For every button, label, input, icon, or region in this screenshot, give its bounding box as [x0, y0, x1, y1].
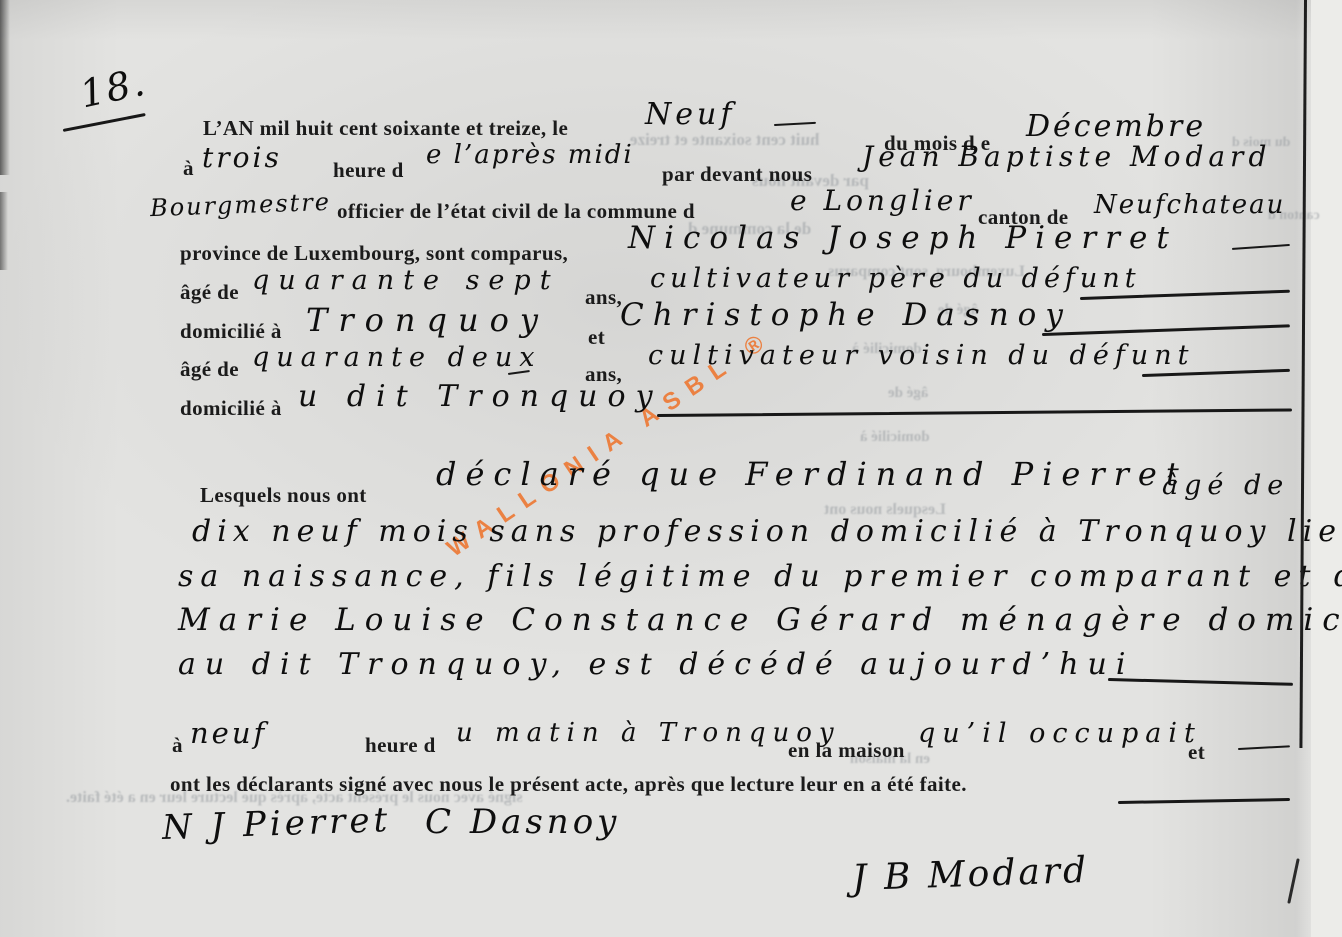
filler-stroke — [1042, 324, 1290, 336]
entry-declaration-line3: sa naissance, fils légitime du premier c… — [178, 559, 1342, 594]
signature-witness2: C Dasnoy — [425, 802, 620, 842]
entry-declaration-line4: Marie Louise Constance Gérard ménagère d… — [178, 602, 1342, 638]
entry-witness2-domicile: u dit Tronquoy — [298, 379, 663, 414]
filler-stroke — [1232, 244, 1290, 250]
page-edge-margin — [1311, 0, 1342, 937]
printed-at-label-2: à — [172, 733, 183, 758]
act-number: 18. — [76, 60, 150, 117]
printed-aged-label-2: âgé de — [180, 357, 239, 382]
printed-hour-label-2: heure d — [365, 733, 436, 758]
left-edge-smudge — [0, 192, 8, 270]
printed-domiciled-label-2: domicilié à — [180, 396, 282, 421]
filler-stroke — [1118, 798, 1290, 804]
entry-death-time-place: u matin à Tronquoy — [456, 718, 841, 748]
entry-witness2-name: Christophe Dasnoy — [620, 297, 1072, 333]
entry-day: Neuf — [645, 97, 735, 132]
filler-stroke — [774, 122, 816, 126]
filler-stroke — [1238, 745, 1290, 750]
entry-witness1-domicile: Tronquoy — [306, 301, 549, 339]
entry-hour: trois — [202, 141, 282, 174]
act-number-underline — [63, 113, 146, 132]
entry-witness1-age: quarante sept — [252, 265, 560, 296]
bleedthrough-text: domicilié à — [860, 429, 930, 446]
bleedthrough-text: âgé de — [888, 385, 928, 402]
bleedthrough-text: huit cent soixante et treize — [630, 130, 819, 150]
printed-hour-label: heure d — [333, 158, 404, 183]
signature-officer: J B Modard — [851, 850, 1089, 899]
printed-years-label-1: ans, — [585, 285, 622, 310]
printed-at-label: à — [183, 156, 194, 181]
entry-declaration-line1: déclaré que Ferdinand Pierret — [436, 455, 1188, 493]
death-record-scan: huit cent soixante et treize par devant … — [0, 0, 1342, 937]
printed-province-line: province de Luxembourg, sont comparus, — [180, 241, 568, 266]
page-edge-mark — [1287, 858, 1299, 904]
entry-witness1-occupation: cultivateur père du défunt — [650, 263, 1141, 294]
filler-rule — [657, 408, 1292, 417]
entry-declaration-line1b: âgé de — [1162, 470, 1289, 501]
entry-officer-title: Bourgmestre — [150, 188, 332, 222]
entry-hour-suffix: e l’après midi — [426, 140, 634, 170]
printed-domiciled-label-1: domicilié à — [180, 319, 282, 344]
printed-aged-label-1: âgé de — [180, 280, 239, 305]
left-edge-smudge — [0, 0, 10, 175]
filler-stroke — [1108, 678, 1293, 686]
entry-canton: Neufchateau — [1094, 190, 1285, 220]
entry-declaration-line2: dix neuf mois sans profession domicilié … — [192, 514, 1342, 549]
entry-witness2-age: quarante deux — [252, 342, 541, 373]
printed-and-label: et — [588, 325, 605, 350]
entry-death-hour: neuf — [190, 716, 267, 750]
entry-commune: e Longlier — [790, 184, 975, 217]
entry-declaration-line5: au dit Tronquoy, est décédé aujourd’hui — [178, 647, 1134, 682]
entry-witness2-occupation: cultivateur voisin du défunt — [648, 340, 1194, 371]
printed-closing-line: ont les déclarants signé avec nous le pr… — [170, 772, 967, 797]
entry-witness1-name: Nicolas Joseph Pierret — [628, 220, 1178, 256]
printed-and-label-2: et — [1188, 740, 1205, 765]
printed-house-label: en la maison — [788, 738, 905, 763]
entry-officer-name: Jean Baptiste Modard — [862, 140, 1271, 173]
printed-year-line: L’AN mil huit cent soixante et treize, l… — [203, 116, 568, 141]
entry-month: Décembre — [1026, 109, 1206, 144]
entry-house-occupancy: qu’il occupait — [918, 718, 1202, 749]
printed-declared-label: Lesquels nous ont — [200, 483, 367, 508]
signature-witness1: N J Pierret — [161, 800, 391, 848]
